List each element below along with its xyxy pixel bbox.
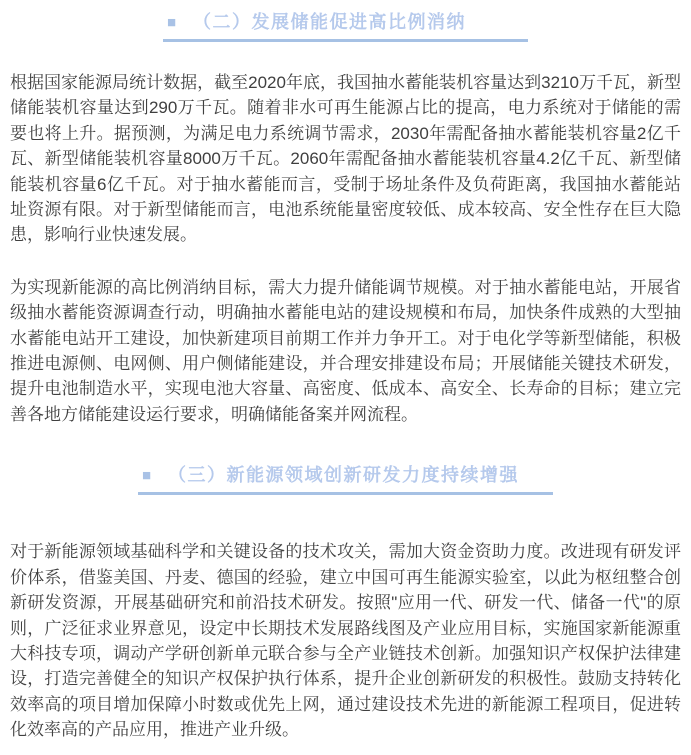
section-2-heading-row: ■ （二）发展储能促进高比例消纳 bbox=[10, 8, 681, 42]
section-3-heading-label: （三）新能源领域创新研发力度持续增强 bbox=[168, 465, 519, 485]
square-bullet-icon: ■ bbox=[167, 14, 178, 31]
section-3-heading: ■ （三）新能源领域创新研发力度持续增强 bbox=[138, 461, 553, 495]
section-3-heading-row: ■ （三）新能源领域创新研发力度持续增强 bbox=[10, 461, 681, 495]
section-3-paragraph-1: 对于新能源领域基础科学和关键设备的技术攻关，需加大资金资助力度。改进现有研发评价… bbox=[10, 539, 681, 742]
section-2-paragraph-2: 为实现新能源的高比例消纳目标，需大力提升储能调节规模。对于抽水蓄能电站，开展省级… bbox=[10, 275, 681, 427]
section-2-heading: ■ （二）发展储能促进高比例消纳 bbox=[163, 8, 528, 42]
section-2-paragraph-1: 根据国家能源局统计数据，截至2020年底，我国抽水蓄能装机容量达到3210万千瓦… bbox=[10, 70, 681, 248]
square-bullet-icon: ■ bbox=[142, 467, 153, 484]
document-page: ■ （二）发展储能促进高比例消纳 根据国家能源局统计数据，截至2020年底，我国… bbox=[0, 0, 691, 755]
section-2-heading-label: （二）发展储能促进高比例消纳 bbox=[193, 12, 466, 32]
